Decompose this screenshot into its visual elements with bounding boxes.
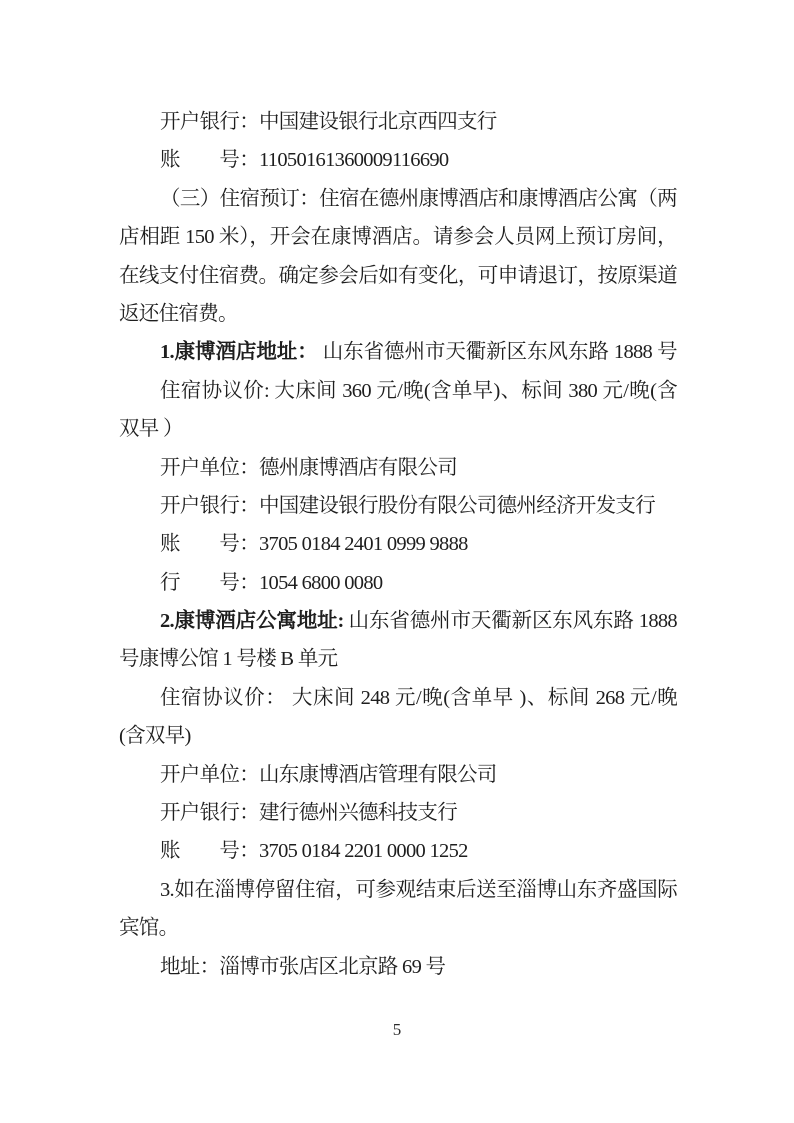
hotel1-heading: 1.康博酒店地址： (160, 341, 318, 363)
hotel2-payee-line: 开户单位：山东康博酒店管理有限公司 (119, 756, 677, 794)
hotel1-bank-line: 开户银行：中国建设银行股份有限公司德州经济开发支行 (119, 487, 677, 525)
hotel2-price-line-2: (含双早) (119, 717, 677, 755)
hotel2-account-line: 账 号：3705 0184 2201 0000 1252 (119, 832, 677, 870)
hotel1-payee-line: 开户单位：德州康博酒店有限公司 (119, 449, 677, 487)
lodging-intro-line-1: （三）住宿预订：住宿在德州康博酒店和康博酒店公寓（两 (119, 180, 677, 218)
page-number: 5 (0, 1020, 794, 1040)
zibo-note-line-2: 宾馆。 (119, 909, 677, 947)
lodging-intro-line-4: 返还住宿费。 (119, 295, 677, 333)
hotel2-price-line-1: 住宿协议价： 大床间 248 元/晚(含单早 )、标间 268 元/晚 (119, 679, 677, 717)
hotel1-bankcode-line: 行 号：1054 6800 0080 (119, 564, 677, 602)
hotel2-address-line-1: 2.康博酒店公寓地址: 山东省德州市天衢新区东风东路 1888 (119, 602, 677, 640)
hotel2-heading: 2.康博酒店公寓地址: (160, 610, 344, 632)
lodging-intro-line-2: 店相距 150 米），开会在康博酒店。请参会人员网上预订房间， (119, 218, 677, 256)
hotel1-price-line-1: 住宿协议价: 大床间 360 元/晚(含单早)、标间 380 元/晚(含 (119, 372, 677, 410)
hotel2-address-line-2: 号康博公馆 1 号楼 B 单元 (119, 640, 677, 678)
hotel2-address: 山东省德州市天衢新区东风东路 1888 (349, 610, 677, 632)
document-body: 开户银行：中国建设银行北京西四支行 账 号：110501613600091166… (119, 103, 677, 986)
hotel1-address: 山东省德州市天衢新区东风东路 1888 号 (323, 341, 677, 363)
document-page: 开户银行：中国建设银行北京西四支行 账 号：110501613600091166… (0, 0, 794, 1123)
hotel1-price-line-2: 双早 ） (119, 410, 677, 448)
hotel1-account-line: 账 号：3705 0184 2401 0999 9888 (119, 525, 677, 563)
lodging-intro-line-3: 在线支付住宿费。确定参会后如有变化，可申请退订，按原渠道 (119, 257, 677, 295)
hotel1-address-line: 1.康博酒店地址： 山东省德州市天衢新区东风东路 1888 号 (119, 333, 677, 371)
opening-bank-line: 开户银行：中国建设银行北京西四支行 (119, 103, 677, 141)
hotel2-bank-line: 开户银行：建行德州兴德科技支行 (119, 794, 677, 832)
zibo-note-line-1: 3.如在淄博停留住宿，可参观结束后送至淄博山东齐盛国际 (119, 871, 677, 909)
account-number-line: 账 号：11050161360009116690 (119, 141, 677, 179)
zibo-address-line: 地址：淄博市张店区北京路 69 号 (119, 948, 677, 986)
